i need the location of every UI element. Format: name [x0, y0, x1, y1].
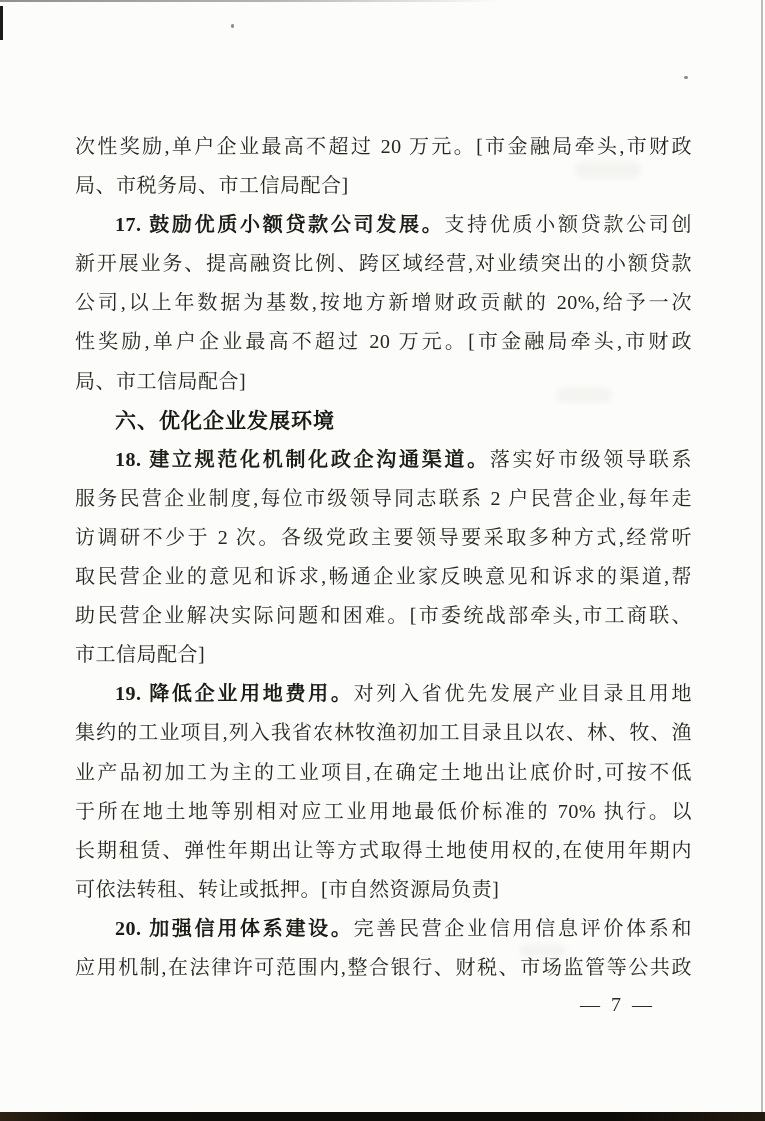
text-line: 可依法转租、转让或抵押。[市自然资源局负责]: [75, 871, 692, 910]
text-line: 20. 加强信用体系建设。完善民营企业信用信息评价体系和: [75, 910, 692, 949]
text-segment: 完善民营企业信用信息评价体系和: [354, 918, 692, 940]
text-segment: 局、市工信局配合]: [75, 371, 246, 393]
text-segment: 应用机制,在法律许可范围内,整合银行、财税、市场监管等公共政: [75, 957, 692, 979]
text-segment: 新开展业务、提高融资比例、跨区域经营,对业绩突出的小额贷款: [75, 253, 692, 275]
text-line: 集约的工业项目,列入我省农林牧渔初加工目录且以农、林、牧、渔: [75, 714, 692, 753]
text-line: 局、市工信局配合]: [75, 363, 692, 402]
text-line: 市工信局配合]: [75, 636, 692, 675]
scan-edge-bottom: [0, 1112, 765, 1121]
text-segment-bold: 18. 建立规范化机制化政企沟通渠道。: [115, 449, 490, 471]
section-heading: 六、优化企业发展环境: [75, 402, 692, 441]
text-line: 助民营企业解决实际问题和困难。[市委统战部牵头,市工商联、: [75, 597, 692, 636]
text-segment: 次性奖励,单户企业最高不超过 20 万元。[市金融局牵头,市财政: [75, 136, 692, 158]
scan-speck: [684, 76, 688, 79]
text-segment: 局、市税务局、市工信局配合]: [75, 175, 349, 197]
text-segment: 取民营企业的意见和诉求,畅通企业家反映意见和诉求的渠道,帮: [75, 566, 692, 588]
text-line: 18. 建立规范化机制化政企沟通渠道。落实好市级领导联系: [75, 441, 692, 480]
text-segment: 公司,以上年数据为基数,按地方新增财政贡献的 20%,给予一次: [75, 292, 692, 314]
text-line: 次性奖励,单户企业最高不超过 20 万元。[市金融局牵头,市财政: [75, 128, 692, 167]
text-segment-bold: 六、优化企业发展环境: [115, 410, 335, 433]
text-line: 性奖励,单户企业最高不超过 20 万元。[市金融局牵头,市财政: [75, 323, 692, 362]
text-segment: 性奖励,单户企业最高不超过 20 万元。[市金融局牵头,市财政: [75, 331, 692, 353]
text-segment: 集约的工业项目,列入我省农林牧渔初加工目录且以农、林、牧、渔: [75, 722, 692, 744]
text-segment: 业产品初加工为主的工业项目,在确定土地出让底价时,可按不低: [75, 762, 692, 784]
scan-edge-top: [0, 0, 500, 2]
text-segment: 对列入省优先发展产业目录且用地: [354, 683, 692, 705]
text-line: 19. 降低企业用地费用。对列入省优先发展产业目录且用地: [75, 675, 692, 714]
page-number: — 7 —: [580, 994, 655, 1017]
text-segment: 市工信局配合]: [75, 644, 205, 666]
text-segment: 支持优质小额贷款公司创: [444, 214, 692, 236]
text-line: 17. 鼓励优质小额贷款公司发展。支持优质小额贷款公司创: [75, 206, 692, 245]
text-segment: 落实好市级领导联系: [490, 449, 692, 471]
text-segment: 助民营企业解决实际问题和困难。[市委统战部牵头,市工商联、: [75, 605, 692, 627]
text-line: 局、市税务局、市工信局配合]: [75, 167, 692, 206]
text-line: 新开展业务、提高融资比例、跨区域经营,对业绩突出的小额贷款: [75, 245, 692, 284]
text-segment-bold: 19. 降低企业用地费用。: [115, 683, 354, 705]
text-segment: 可依法转租、转让或抵押。[市自然资源局负责]: [75, 879, 499, 901]
text-segment-bold: 17. 鼓励优质小额贷款公司发展。: [115, 214, 444, 236]
text-line: 于所在地土地等别相对应工业用地最低价标准的 70% 执行。以: [75, 793, 692, 832]
text-line: 应用机制,在法律许可范围内,整合银行、财税、市场监管等公共政: [75, 949, 692, 988]
scan-mark-top-left: [0, 6, 3, 40]
text-line: 取民营企业的意见和诉求,畅通企业家反映意见和诉求的渠道,帮: [75, 558, 692, 597]
text-segment: 服务民营企业制度,每位市级领导同志联系 2 户民营企业,每年走: [75, 488, 692, 510]
scan-speck: [231, 24, 234, 28]
text-line: 访调研不少于 2 次。各级党政主要领导要采取多种方式,经常听: [75, 519, 692, 558]
text-segment: 访调研不少于 2 次。各级党政主要领导要采取多种方式,经常听: [75, 527, 692, 549]
text-segment: 长期租赁、弹性年期出让等方式取得土地使用权的,在使用年期内: [75, 840, 692, 862]
scanned-document-page: 次性奖励,单户企业最高不超过 20 万元。[市金融局牵头,市财政局、市税务局、市…: [0, 0, 765, 1121]
text-line: 长期租赁、弹性年期出让等方式取得土地使用权的,在使用年期内: [75, 832, 692, 871]
text-line: 服务民营企业制度,每位市级领导同志联系 2 户民营企业,每年走: [75, 480, 692, 519]
scan-edge-right: [761, 0, 763, 1113]
text-line: 业产品初加工为主的工业项目,在确定土地出让底价时,可按不低: [75, 754, 692, 793]
text-line: 公司,以上年数据为基数,按地方新增财政贡献的 20%,给予一次: [75, 284, 692, 323]
text-block: 次性奖励,单户企业最高不超过 20 万元。[市金融局牵头,市财政局、市税务局、市…: [75, 128, 692, 988]
text-segment: 于所在地土地等别相对应工业用地最低价标准的 70% 执行。以: [75, 801, 692, 823]
text-segment-bold: 20. 加强信用体系建设。: [115, 918, 354, 940]
